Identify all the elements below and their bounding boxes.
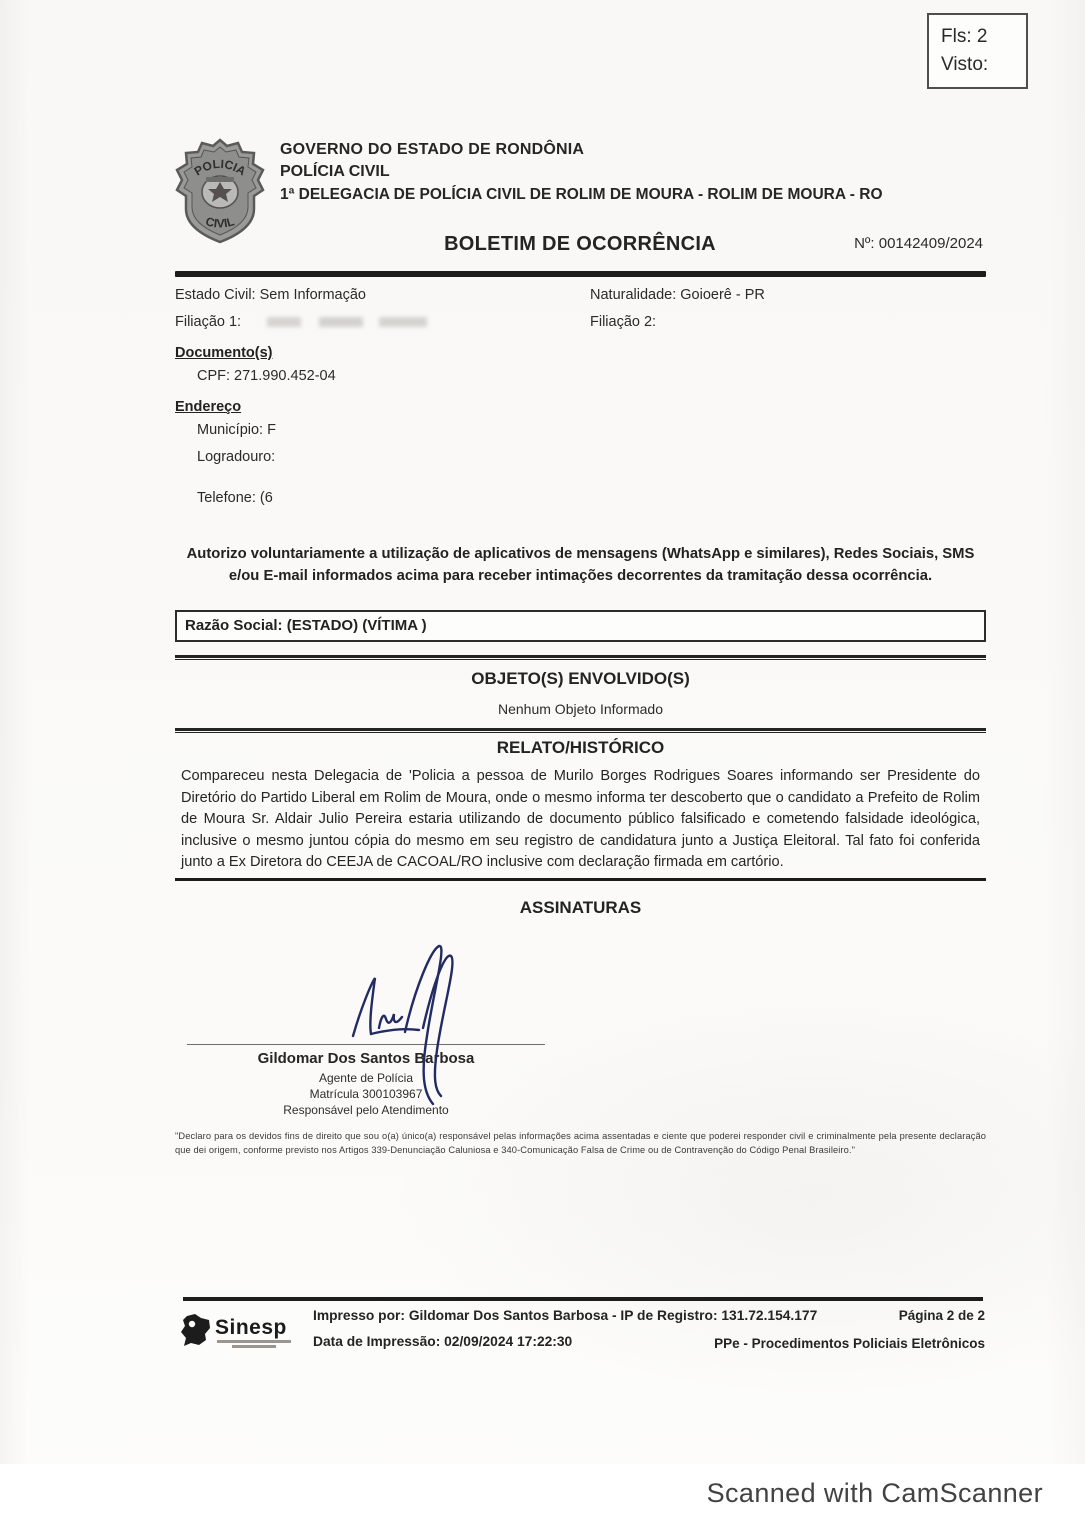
page-info: Página 2 de 2 PPe - Procedimentos Polici… <box>714 1308 985 1351</box>
sinesp-tagline <box>217 1340 291 1350</box>
fls-visto-stamp-box: Fls: 2 Visto: <box>927 13 1028 89</box>
ppe-label: PPe - Procedimentos Policiais Eletrônico… <box>714 1336 985 1351</box>
camscanner-credit: Scanned with CamScanner <box>707 1478 1043 1509</box>
field-municipio: Município: F <box>197 422 276 438</box>
sinesp-logo-icon: Sinesp <box>179 1312 299 1355</box>
section-divider <box>175 728 986 733</box>
signature-block: Gildomar Dos Santos Barbosa Agente de Po… <box>175 932 986 1110</box>
section-divider <box>175 655 986 660</box>
field-telefone: Telefone: (6 <box>197 490 273 506</box>
section-divider-heavy <box>175 878 986 882</box>
fls-number: Fls: 2 <box>941 23 1026 51</box>
police-civil-badge-icon: POLICIA CIVIL <box>170 137 270 245</box>
relato-heading: RELATO/HISTÓRICO <box>175 738 986 758</box>
svg-text:CIVIL: CIVIL <box>204 214 236 230</box>
razao-social-box: Razão Social: (ESTADO) (VÍTIMA ) <box>175 610 986 642</box>
field-filiacao2: Filiação 2: <box>590 314 656 330</box>
field-estado-civil: Estado Civil: Sem Informação <box>175 287 366 303</box>
objetos-empty-note: Nenhum Objeto Informado <box>175 701 986 717</box>
precinct-line: 1ª DELEGACIA DE POLÍCIA CIVIL DE ROLIM D… <box>280 186 980 204</box>
handwritten-signature-icon <box>335 932 485 1110</box>
field-logradouro: Logradouro: <box>197 449 275 465</box>
letterhead: GOVERNO DO ESTADO DE RONDÔNIA POLÍCIA CI… <box>280 141 980 204</box>
objetos-heading: OBJETO(S) ENVOLVIDO(S) <box>175 669 986 689</box>
scanned-police-report-page: Fls: 2 Visto: POLICIA CIVIL GOVERNO DO E… <box>0 0 1085 1536</box>
document-body: Estado Civil: Sem Informação Naturalidad… <box>175 271 986 1158</box>
footer-divider <box>183 1297 983 1301</box>
police-line: POLÍCIA CIVIL <box>280 163 980 181</box>
field-filiacao1: Filiação 1: <box>175 314 241 330</box>
print-footer: Sinesp Impresso por: Gildomar Dos Santos… <box>175 1306 985 1366</box>
sinesp-wordmark: Sinesp <box>215 1316 287 1340</box>
section-divider-heavy <box>175 271 986 277</box>
endereco-heading: Endereço <box>175 399 986 415</box>
field-naturalidade: Naturalidade: Goioerê - PR <box>590 287 765 303</box>
redacted-filiacao1-value <box>267 317 427 327</box>
person-fields: Estado Civil: Sem Informação Naturalidad… <box>175 287 986 517</box>
assinaturas-heading: ASSINATURAS <box>175 898 986 918</box>
documentos-heading: Documento(s) <box>175 345 986 361</box>
page-count: Página 2 de 2 <box>714 1308 985 1323</box>
occurrence-number: Nº: 00142409/2024 <box>854 235 983 252</box>
visto-label: Visto: <box>941 51 1026 79</box>
authorization-statement: Autorizo voluntariamente a utilização de… <box>175 543 986 587</box>
field-cpf: CPF: 271.990.452-04 <box>197 368 336 384</box>
legal-declaration: "Declaro para os devidos fins de direito… <box>175 1130 986 1158</box>
relato-text: Compareceu nesta Delegacia de 'Policia a… <box>175 766 986 873</box>
camscanner-strip: Scanned with CamScanner <box>0 1464 1085 1536</box>
government-line: GOVERNO DO ESTADO DE RONDÔNIA <box>280 141 980 159</box>
